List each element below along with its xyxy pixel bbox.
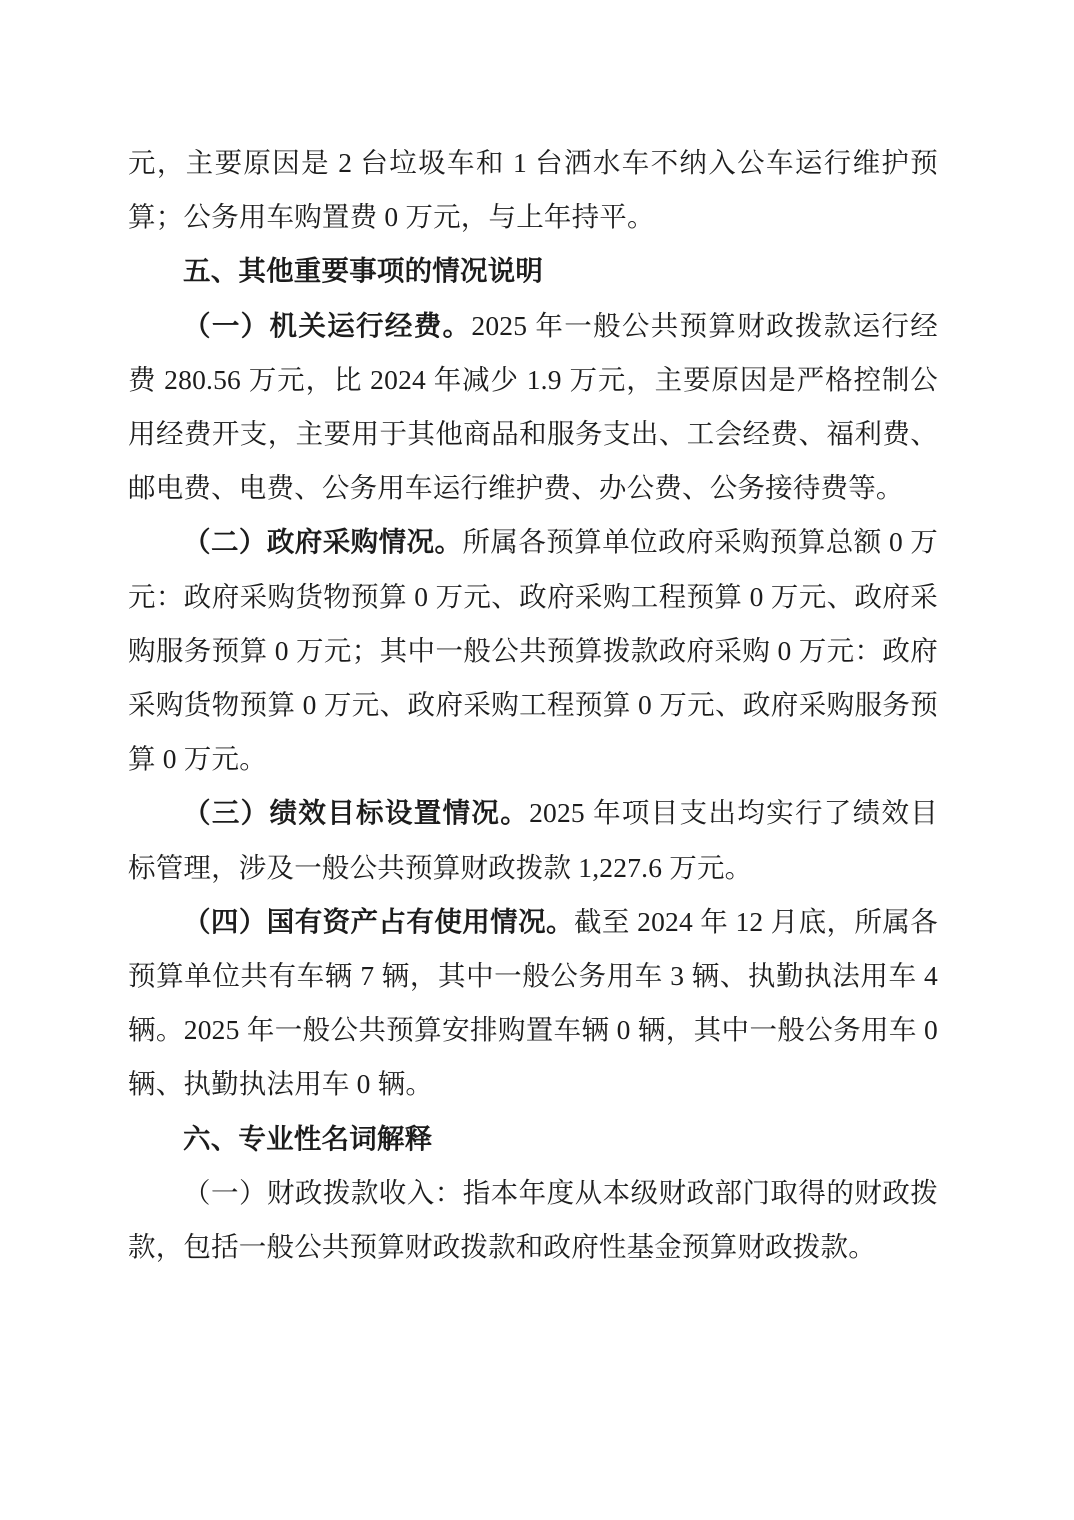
body-text: （一）财政拨款收入：指本年度从本级财政部门取得的财政拨款，包括一般公共预算财政拨… (128, 1177, 938, 1262)
document-content: 元，主要原因是 2 台垃圾车和 1 台洒水车不纳入公车运行维护预算；公务用车购置… (128, 136, 938, 1274)
lead-in-text: 六、专业性名词解释 (183, 1123, 432, 1154)
body-text: 所属各预算单位政府采购预算总额 0 万元：政府采购货物预算 0 万元、政府采购工… (128, 526, 938, 774)
paragraph: （三）绩效目标设置情况。2025 年项目支出均实行了绩效目标管理，涉及一般公共预… (128, 786, 938, 894)
paragraph: （二）政府采购情况。所属各预算单位政府采购预算总额 0 万元：政府采购货物预算 … (128, 515, 938, 786)
section-heading: 五、其他重要事项的情况说明 (128, 244, 938, 298)
lead-in-text: （四）国有资产占有使用情况。 (183, 906, 574, 937)
document-page: 元，主要原因是 2 台垃圾车和 1 台洒水车不纳入公车运行维护预算；公务用车购置… (0, 0, 1074, 1520)
lead-in-text: （一）机关运行经费。 (183, 310, 471, 341)
paragraph: （一）财政拨款收入：指本年度从本级财政部门取得的财政拨款，包括一般公共预算财政拨… (128, 1166, 938, 1274)
lead-in-text: 五、其他重要事项的情况说明 (183, 255, 543, 286)
paragraph: （四）国有资产占有使用情况。截至 2024 年 12 月底，所属各预算单位共有车… (128, 895, 938, 1112)
body-text: 元，主要原因是 2 台垃圾车和 1 台洒水车不纳入公车运行维护预算；公务用车购置… (128, 147, 938, 232)
paragraph: （一）机关运行经费。2025 年一般公共预算财政拨款运行经费 280.56 万元… (128, 299, 938, 516)
paragraph: 元，主要原因是 2 台垃圾车和 1 台洒水车不纳入公车运行维护预算；公务用车购置… (128, 136, 938, 244)
lead-in-text: （三）绩效目标设置情况。 (183, 797, 529, 828)
section-heading: 六、专业性名词解释 (128, 1112, 938, 1166)
lead-in-text: （二）政府采购情况。 (183, 526, 462, 557)
